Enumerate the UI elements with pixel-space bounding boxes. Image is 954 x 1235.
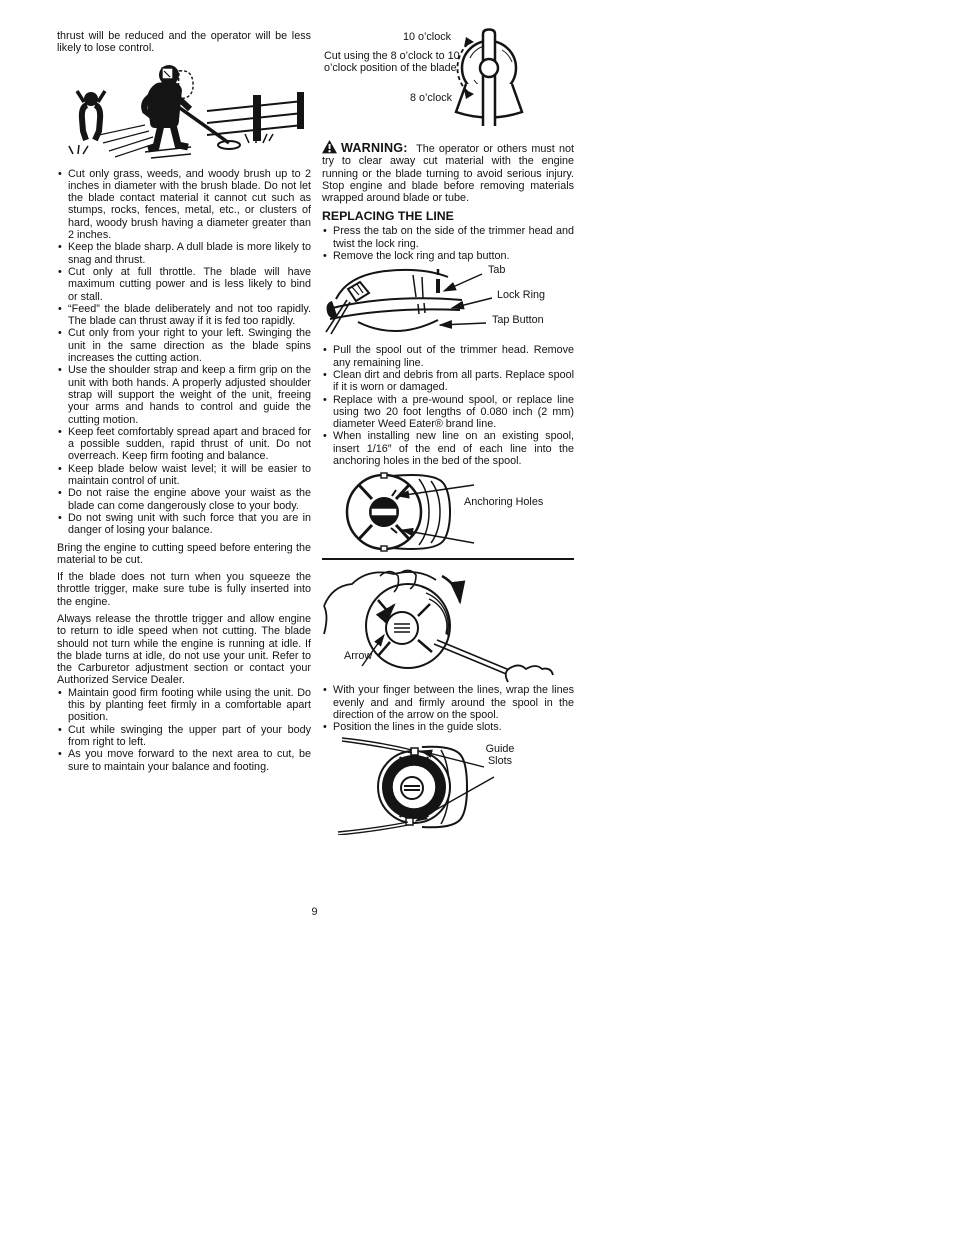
- warning-paragraph: WARNING: The operator or others must not…: [322, 140, 574, 204]
- blade-clock-drawing: [450, 28, 530, 126]
- section-heading-replacing-the-line: REPLACING THE LINE: [322, 209, 574, 223]
- bullet-item: Do not raise the engine above your waist…: [57, 487, 311, 512]
- right-column: 10 o’clock Cut using the 8 o’clock to 10…: [322, 28, 574, 835]
- label-anchoring-holes: Anchoring Holes: [464, 496, 544, 508]
- bullet-item: “Feed” the blade deliberately and not to…: [57, 303, 311, 328]
- operator-scene-drawing: [57, 59, 311, 163]
- label-tab: Tab: [488, 264, 505, 276]
- bullet-item: Do not swing unit with such force that y…: [57, 512, 311, 537]
- bullet-item: With your finger between the lines, wrap…: [322, 684, 574, 721]
- clock-caption: Cut using the 8 o’clock to 10 o’clock po…: [324, 50, 464, 75]
- technique-bullet-list: Maintain good firm footing while using t…: [57, 687, 311, 773]
- bullet-item: Pull the spool out of the trimmer head. …: [322, 344, 574, 369]
- label-guide-slots: Guide Slots: [476, 743, 524, 768]
- bullet-item: Replace with a pre-wound spool, or repla…: [322, 394, 574, 431]
- bullet-item: When installing new line on an existing …: [322, 430, 574, 467]
- label-10-oclock: 10 o’clock: [403, 31, 451, 43]
- bullet-item: Press the tab on the side of the trimmer…: [322, 225, 574, 250]
- spool-anchoring-drawing: [322, 470, 574, 554]
- bullet-item: Remove the lock ring and tap button.: [322, 250, 574, 262]
- trimmer-head-drawing: [322, 265, 574, 339]
- spool-guide-slots-drawing: [322, 737, 574, 835]
- bullet-item: Cut only from your right to your left. S…: [57, 327, 311, 364]
- guide-slots-diagram: Guide Slots: [322, 737, 574, 835]
- label-arrow: Arrow: [344, 650, 372, 662]
- bullet-item: As you move forward to the next area to …: [57, 748, 311, 773]
- body-paragraph: Always release the throttle trigger and …: [57, 613, 311, 687]
- page-number: 9: [57, 906, 572, 918]
- trimmer-head-diagram: Tab Lock Ring Tap Button: [322, 265, 574, 341]
- label-8-oclock: 8 o’clock: [410, 92, 452, 104]
- anchoring-holes-diagram: Anchoring Holes: [322, 470, 574, 554]
- bullet-item: Position the lines in the guide slots.: [322, 721, 574, 733]
- body-paragraph: If the blade does not turn when you sque…: [57, 571, 311, 608]
- bullet-item: Cut only at full throttle. The blade wil…: [57, 266, 311, 303]
- bullet-item: Keep blade below waist level; it will be…: [57, 463, 311, 488]
- hands-spool-drawing: [322, 562, 574, 684]
- replacing-steps-list-1: Press the tab on the side of the trimmer…: [322, 225, 574, 262]
- safety-bullet-list: Cut only grass, weeds, and woody brush u…: [57, 168, 311, 537]
- manual-page: thrust will be reduced and the operator …: [0, 0, 954, 1235]
- blade-clock-diagram: 10 o’clock Cut using the 8 o’clock to 10…: [322, 28, 574, 126]
- bullet-item: Keep the blade sharp. A dull blade is mo…: [57, 241, 311, 266]
- bullet-item: Use the shoulder strap and keep a firm g…: [57, 364, 311, 425]
- wrapping-line-diagram: Arrow: [322, 562, 574, 684]
- bullet-item: Maintain good firm footing while using t…: [57, 687, 311, 724]
- label-tap-button: Tap Button: [492, 314, 544, 326]
- figure-divider: [322, 558, 574, 560]
- bullet-item: Keep feet comfortably spread apart and b…: [57, 426, 311, 463]
- body-paragraph: Bring the engine to cutting speed before…: [57, 542, 311, 567]
- label-lock-ring: Lock Ring: [497, 289, 545, 301]
- bullet-item: Clean dirt and debris from all parts. Re…: [322, 369, 574, 394]
- warning-label: WARNING:: [341, 141, 408, 155]
- left-column: thrust will be reduced and the operator …: [57, 30, 311, 773]
- operator-illustration: [57, 59, 311, 163]
- intro-paragraph: thrust will be reduced and the operator …: [57, 30, 311, 55]
- bullet-item: Cut only grass, weeds, and woody brush u…: [57, 168, 311, 242]
- bullet-item: Cut while swinging the upper part of you…: [57, 724, 311, 749]
- warning-triangle-icon: [322, 140, 337, 154]
- replacing-steps-list-3: With your finger between the lines, wrap…: [322, 684, 574, 733]
- replacing-steps-list-2: Pull the spool out of the trimmer head. …: [322, 344, 574, 467]
